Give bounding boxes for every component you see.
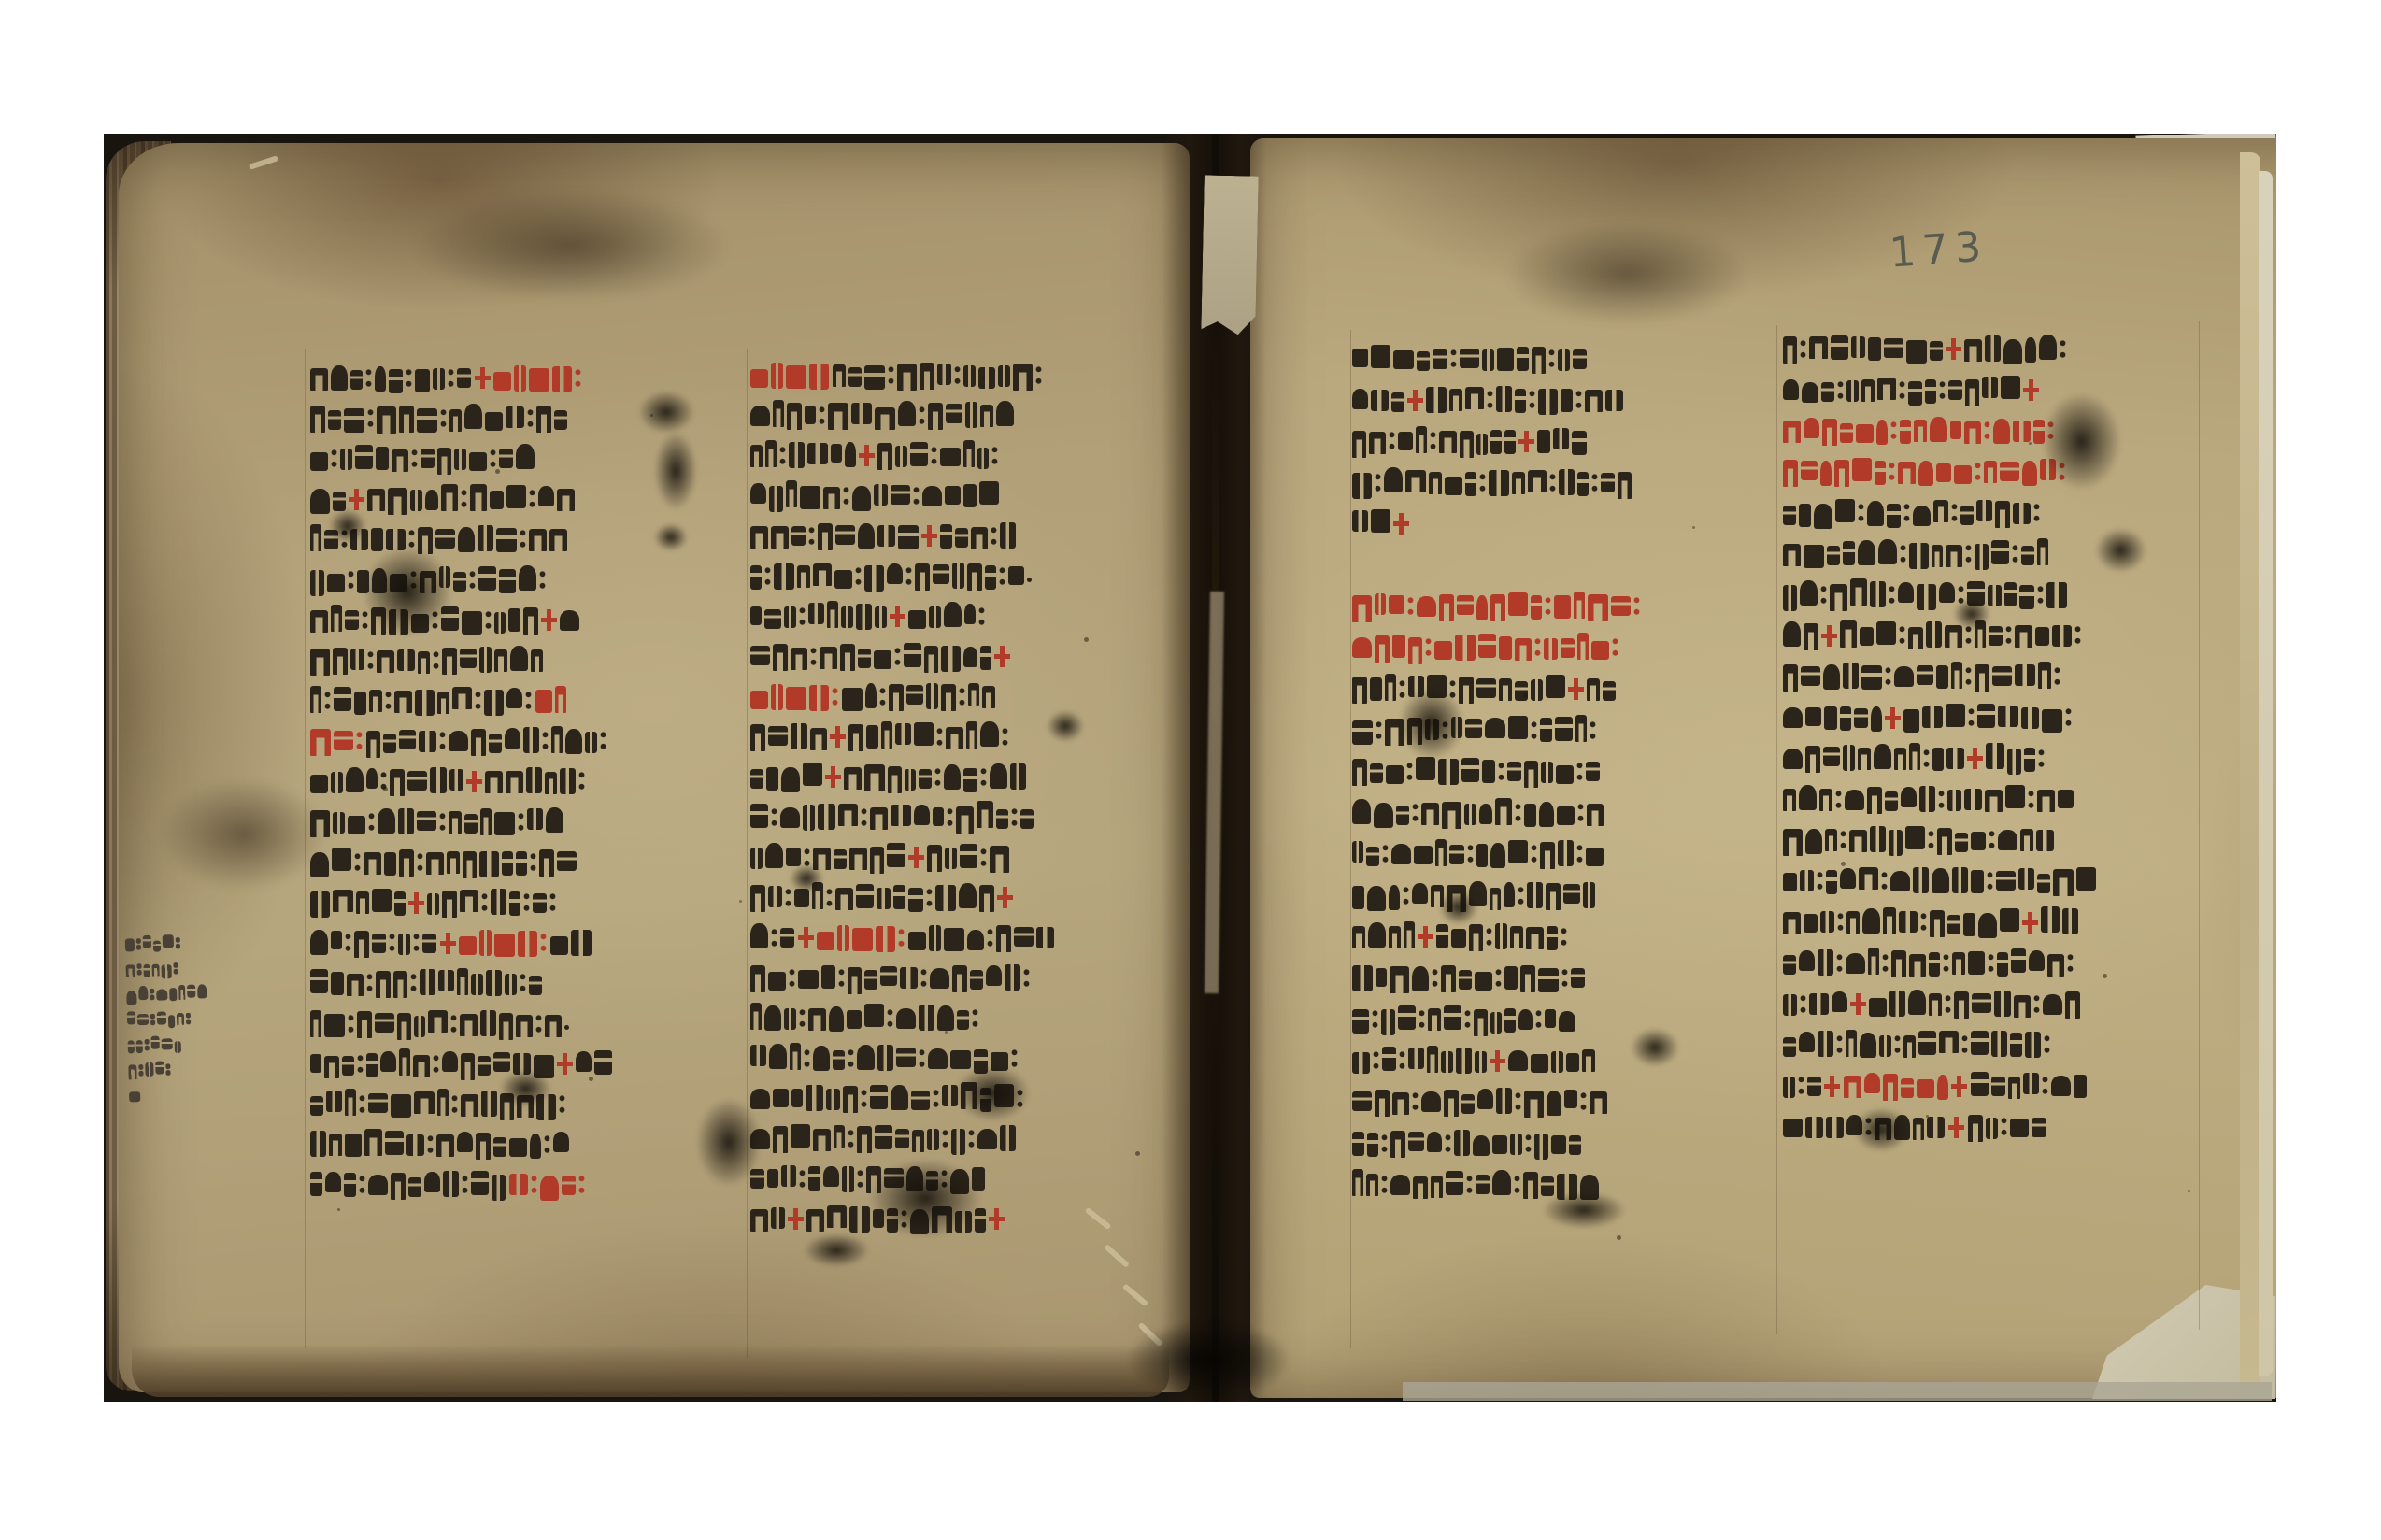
ink-stain	[1439, 890, 1478, 925]
ink-text	[1352, 841, 1604, 868]
text-line	[1352, 421, 1773, 462]
ink-text	[750, 1005, 978, 1032]
ink-text	[310, 1132, 569, 1159]
text-line	[750, 596, 1182, 636]
ink-text	[1783, 1032, 2050, 1059]
text-line	[1352, 958, 1773, 999]
ink-text	[750, 482, 999, 509]
ink-text	[310, 768, 585, 795]
text-line	[1783, 1025, 2203, 1066]
margin-note	[125, 928, 307, 1109]
text-line	[1352, 1123, 1773, 1164]
text-line	[310, 1165, 751, 1205]
ink-stain	[654, 432, 697, 510]
ink-text	[366, 728, 606, 755]
ink-text	[750, 563, 1032, 590]
ink-text	[310, 405, 567, 432]
ink-text	[125, 962, 178, 977]
ink-text	[1783, 581, 2067, 608]
ink-text	[1352, 1048, 1595, 1075]
text-line	[310, 882, 751, 922]
ink-stain	[2095, 528, 2146, 573]
text-line	[1352, 917, 1773, 958]
ink-text	[1783, 991, 2080, 1018]
ink-stain	[790, 864, 823, 892]
ink-text	[1783, 786, 2074, 813]
ink-text	[550, 930, 592, 956]
ink-stain	[363, 547, 452, 636]
text-line	[1783, 984, 2203, 1025]
folio-number: 173	[1888, 222, 1989, 277]
ink-text	[1783, 663, 2060, 691]
ink-text	[750, 925, 794, 950]
text-line	[750, 918, 1182, 958]
ink-text	[310, 1050, 612, 1077]
ink-text	[1352, 1089, 1607, 1116]
ink-stain	[804, 1233, 869, 1267]
text-line	[1783, 902, 2203, 943]
ink-text	[1352, 758, 1600, 785]
ink-text	[1783, 745, 2045, 772]
text-line	[1352, 545, 1773, 586]
ink-text	[1352, 387, 1623, 413]
text-line	[1783, 697, 2203, 738]
text-line	[1783, 738, 2203, 779]
ink-text	[1352, 428, 1587, 455]
ink-text	[126, 986, 207, 1003]
ink-text	[310, 445, 535, 472]
smudge	[412, 190, 730, 302]
rubric-text	[798, 925, 905, 951]
text-line	[750, 476, 1182, 516]
text-line	[750, 797, 1182, 837]
text-line	[1783, 451, 2203, 492]
smudge	[160, 778, 328, 891]
text-column-right-a	[1352, 338, 1773, 1205]
rubric-text	[440, 930, 547, 956]
ink-stain	[500, 1070, 551, 1107]
ink-text	[1783, 827, 2054, 854]
text-line	[750, 636, 1182, 677]
text-line	[310, 802, 751, 842]
text-line	[1352, 792, 1773, 834]
ink-text	[1352, 964, 1585, 991]
text-line	[1352, 999, 1773, 1040]
rubric-text	[1783, 418, 2054, 445]
ink-text	[310, 365, 471, 391]
ink-stain	[696, 1098, 762, 1187]
right-flyleaf-edge	[2259, 171, 2273, 1376]
ink-text	[1783, 706, 2072, 731]
ink-text	[128, 1037, 181, 1051]
ink-text	[129, 1091, 140, 1101]
ink-text	[310, 848, 577, 876]
ink-text	[833, 362, 1042, 389]
text-column-right-b	[1783, 329, 2203, 1148]
text-line	[750, 998, 1182, 1038]
rubric-text	[535, 688, 566, 715]
text-line	[1352, 379, 1773, 421]
rubric-text	[1352, 635, 1618, 662]
ink-text	[1968, 1114, 2046, 1141]
ruling-line	[1776, 325, 1777, 1334]
right-page-edge	[2240, 152, 2260, 1386]
ink-text	[128, 1062, 170, 1078]
ink-text	[1352, 717, 1596, 744]
text-line	[750, 395, 1182, 435]
ink-text	[310, 1010, 569, 1037]
ink-text	[1352, 676, 1616, 703]
ink-text	[842, 683, 995, 710]
dirt-specks	[104, 134, 107, 136]
ink-text	[750, 522, 1016, 549]
text-line	[310, 721, 751, 762]
ink-text	[1352, 346, 1587, 373]
gutter-shadow	[1127, 1320, 1290, 1400]
ink-text	[1352, 800, 1604, 827]
ink-text	[1783, 1075, 1840, 1097]
text-line	[750, 717, 1182, 757]
text-line	[310, 923, 751, 963]
ink-text	[310, 890, 556, 917]
text-line	[1352, 338, 1773, 379]
ink-text	[310, 1172, 506, 1199]
ink-text	[310, 647, 543, 674]
rubric-text	[475, 365, 581, 392]
ink-stain	[1853, 1107, 1909, 1152]
ink-text	[908, 924, 1054, 951]
text-line	[1352, 875, 1773, 916]
text-line	[750, 958, 1182, 998]
text-line	[1783, 616, 2203, 657]
ink-text	[750, 804, 1034, 831]
ink-stain	[1047, 710, 1084, 742]
rubric-text	[750, 684, 838, 710]
text-line	[1783, 1065, 2203, 1106]
ink-text	[750, 603, 985, 630]
ink-text	[750, 1125, 1016, 1152]
text-line	[1352, 1081, 1773, 1122]
ink-text	[1783, 622, 2081, 649]
rubric-text	[310, 728, 363, 755]
text-line	[1783, 820, 2203, 862]
text-line	[750, 556, 1182, 596]
rubric-text	[1948, 1117, 1964, 1138]
text-line	[1352, 834, 1773, 875]
ink-text	[1783, 500, 2040, 527]
ink-text	[125, 936, 180, 951]
ink-text	[127, 1012, 191, 1027]
text-line	[1783, 575, 2203, 616]
text-line	[1783, 329, 2203, 370]
text-line	[1352, 504, 1773, 545]
flyleaf-bottom-strip	[1403, 1382, 2272, 1401]
ink-text	[1971, 1074, 2087, 1098]
text-line	[750, 1119, 1182, 1159]
ink-text	[1352, 512, 1409, 535]
ink-text	[750, 723, 1008, 750]
ink-stain	[1953, 598, 1990, 630]
ink-stain	[638, 391, 694, 434]
manuscript-scan: 173	[0, 0, 2381, 1540]
text-line	[310, 1125, 751, 1165]
text-line	[310, 963, 751, 1004]
text-line	[1783, 411, 2203, 452]
rubric-text	[750, 363, 829, 389]
text-line	[1783, 370, 2203, 411]
ink-text	[1352, 469, 1632, 496]
text-line	[310, 1004, 751, 1044]
text-line	[750, 516, 1182, 556]
ink-text	[310, 930, 436, 957]
ink-text	[1783, 335, 2066, 363]
ink-text	[1352, 1130, 1581, 1157]
ink-stain	[869, 1159, 981, 1238]
smudge	[1505, 222, 1748, 325]
ink-text	[1783, 540, 2048, 567]
rubric-text	[1844, 1073, 1967, 1100]
ink-stain	[2042, 392, 2121, 491]
gutter-paper-strip	[1201, 175, 1259, 335]
text-line	[750, 355, 1182, 395]
ink-text	[310, 970, 542, 997]
ink-stain	[1542, 1191, 1626, 1229]
text-line	[1783, 1106, 2203, 1148]
ink-text	[1352, 1006, 1575, 1034]
ink-text	[750, 643, 1010, 670]
ruling-line	[1350, 330, 1351, 1348]
text-line	[750, 677, 1182, 717]
text-line	[750, 435, 1182, 476]
text-line	[1352, 463, 1773, 504]
text-line	[1783, 779, 2203, 820]
ink-stain	[329, 509, 366, 543]
ink-text	[1352, 923, 1567, 950]
text-line	[310, 681, 751, 721]
ink-text	[1783, 377, 2039, 404]
text-line	[750, 757, 1182, 797]
text-line	[310, 762, 751, 802]
ink-text	[1783, 949, 2074, 977]
ink-text	[750, 402, 1014, 429]
text-line	[1783, 656, 2203, 697]
text-line	[1352, 586, 1773, 627]
rubric-text	[509, 1173, 585, 1198]
ink-text	[1783, 868, 2096, 895]
ink-stain	[1631, 1028, 1679, 1067]
ink-text	[310, 688, 532, 715]
ink-text	[1783, 909, 2078, 936]
text-line	[1352, 627, 1773, 668]
text-line	[1783, 943, 2203, 984]
rubric-text	[1783, 459, 2065, 486]
ink-text	[750, 442, 998, 469]
left-page-bottom-edges	[132, 1345, 1169, 1397]
ink-stain	[1399, 687, 1464, 760]
photo-area: 173	[104, 134, 2276, 1402]
text-line	[129, 1078, 307, 1108]
ink-text	[750, 964, 1030, 991]
ink-stain	[654, 523, 688, 551]
text-line	[310, 640, 751, 680]
ink-stain	[955, 1065, 1030, 1121]
ink-text	[310, 808, 563, 835]
text-line	[310, 842, 751, 882]
text-line	[1783, 861, 2203, 902]
rubric-text	[1352, 593, 1640, 620]
text-line	[1352, 1040, 1773, 1081]
ink-text	[750, 763, 1026, 791]
